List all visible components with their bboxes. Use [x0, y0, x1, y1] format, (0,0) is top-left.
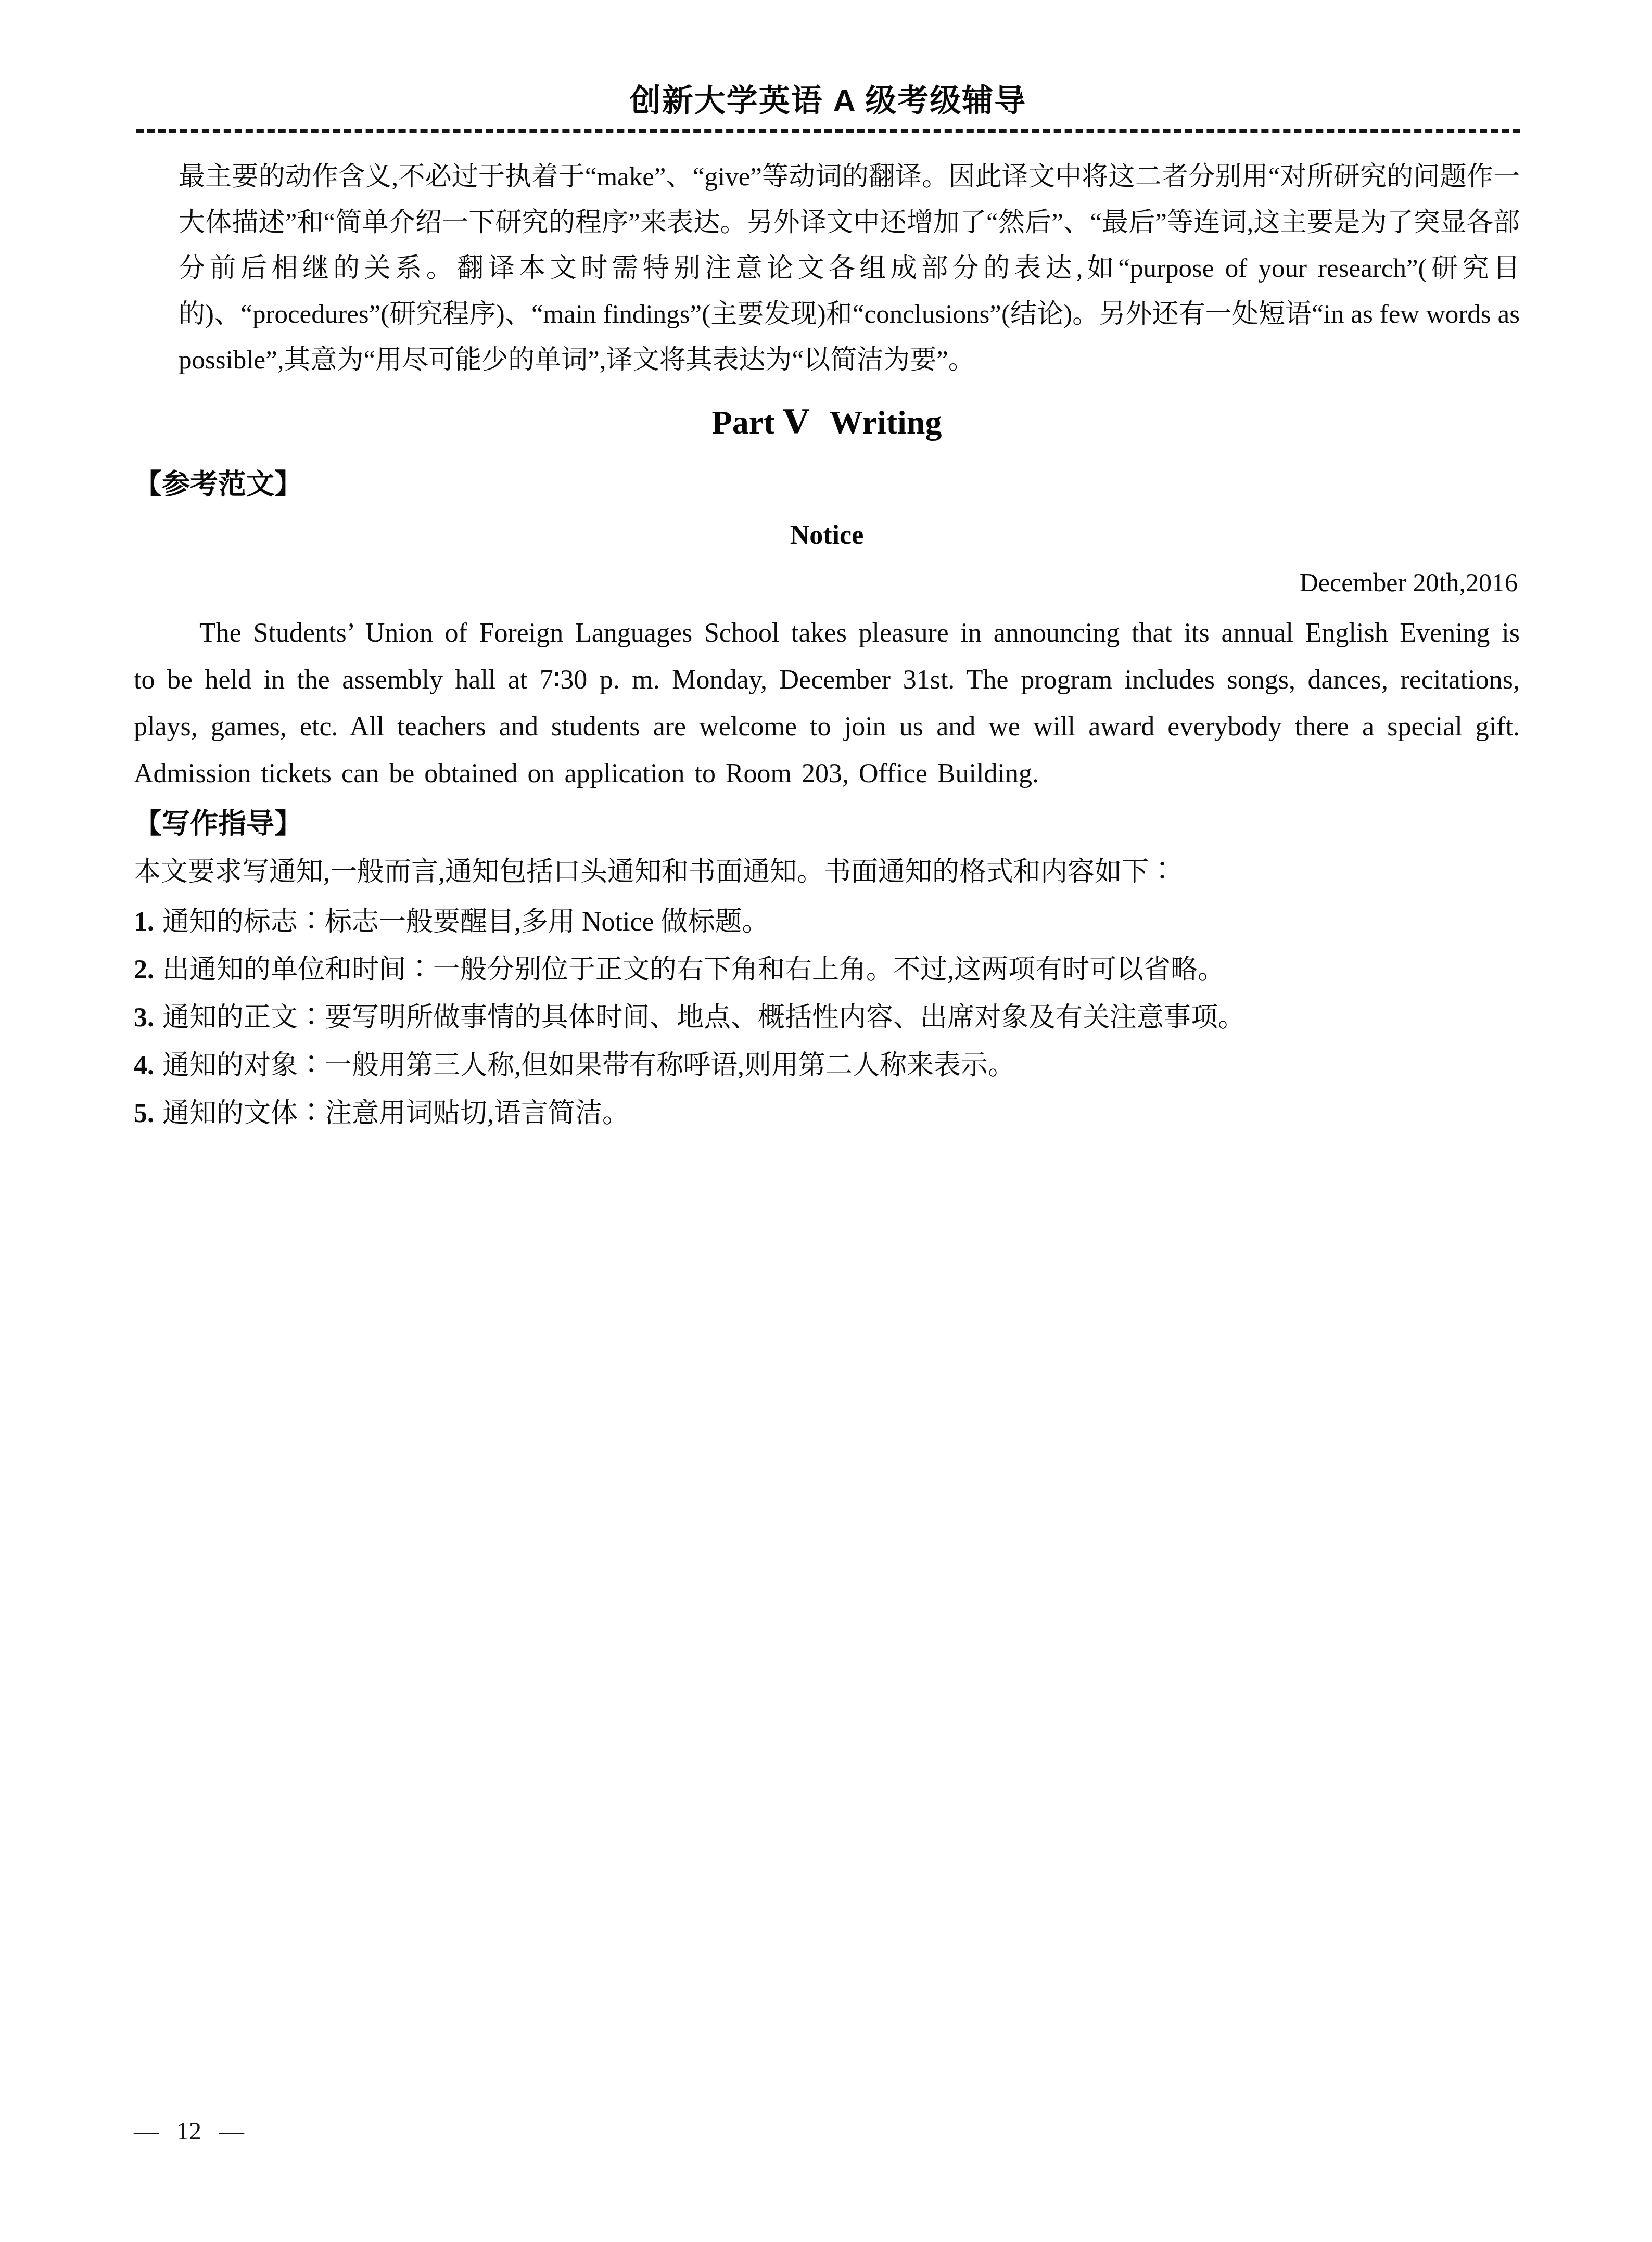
guide-item-2: 2.出通知的单位和时间∶一般分别位于正文的右下角和右上角。不过,这两项有时可以省…: [134, 946, 1520, 994]
guide-item-1-text: 通知的标志∶标志一般要醒目,多用 Notice 做标题。: [162, 907, 769, 937]
guide-item-2-text: 出通知的单位和时间∶一般分别位于正文的右下角和右上角。不过,这两项有时可以省略。: [162, 955, 1225, 985]
guide-item-3-number: 3.: [134, 1003, 154, 1033]
page-content: 最主要的动作含义,不必过于执着于“make”、“give”等动词的翻译。因此译文…: [134, 154, 1520, 1138]
part-title: Writing: [830, 404, 942, 441]
guide-item-3-text: 通知的正文∶要写明所做事情的具体时间、地点、概括性内容、出席对象及有关注意事项。: [162, 1003, 1245, 1033]
notice-title: Notice: [134, 517, 1520, 554]
guide-item-1: 1.通知的标志∶标志一般要醒目,多用 Notice 做标题。: [134, 898, 1520, 946]
guide-item-4-number: 4.: [134, 1051, 154, 1080]
guide-item-5-text: 通知的文体∶注意用词贴切,语言简洁。: [162, 1099, 629, 1128]
guide-item-4: 4.通知的对象∶一般用第三人称,但如果带有称呼语,则用第二人称来表示。: [134, 1042, 1520, 1090]
guide-item-5: 5.通知的文体∶注意用词贴切,语言简洁。: [134, 1090, 1520, 1138]
running-head-title: 创新大学英语 A 级考级辅导: [136, 76, 1520, 121]
notice-body: The Students’ Union of Foreign Languages…: [134, 610, 1520, 797]
writing-guide-list: 1.通知的标志∶标志一般要醒目,多用 Notice 做标题。 2.出通知的单位和…: [134, 898, 1520, 1138]
guide-item-2-number: 2.: [134, 955, 154, 985]
sample-essay-header: 【参考范文】: [134, 466, 1520, 503]
page-footer: — 12 —: [134, 2117, 244, 2146]
guide-item-1-number: 1.: [134, 907, 154, 937]
page-number: — 12 —: [134, 2118, 244, 2145]
writing-guide-header: 【写作指导】: [134, 806, 1520, 842]
writing-guide-intro: 本文要求写通知,一般而言,通知包括口头通知和书面通知。书面通知的格式和内容如下∶: [134, 849, 1520, 895]
page-header: 创新大学英语 A 级考级辅导: [136, 0, 1520, 133]
guide-item-5-number: 5.: [134, 1099, 154, 1128]
guide-item-3: 3.通知的正文∶要写明所做事情的具体时间、地点、概括性内容、出席对象及有关注意事…: [134, 994, 1520, 1042]
guide-item-4-text: 通知的对象∶一般用第三人称,但如果带有称呼语,则用第二人称来表示。: [162, 1051, 1015, 1080]
part-label: Part Ⅴ: [712, 404, 809, 441]
book-page: 创新大学英语 A 级考级辅导 最主要的动作含义,不必过于执着于“make”、“g…: [0, 0, 1652, 2242]
part-heading: Part ⅤWriting: [134, 402, 1520, 443]
translation-analysis-paragraph: 最主要的动作含义,不必过于执着于“make”、“give”等动词的翻译。因此译文…: [134, 154, 1520, 383]
notice-date: December 20th,2016: [134, 565, 1520, 600]
